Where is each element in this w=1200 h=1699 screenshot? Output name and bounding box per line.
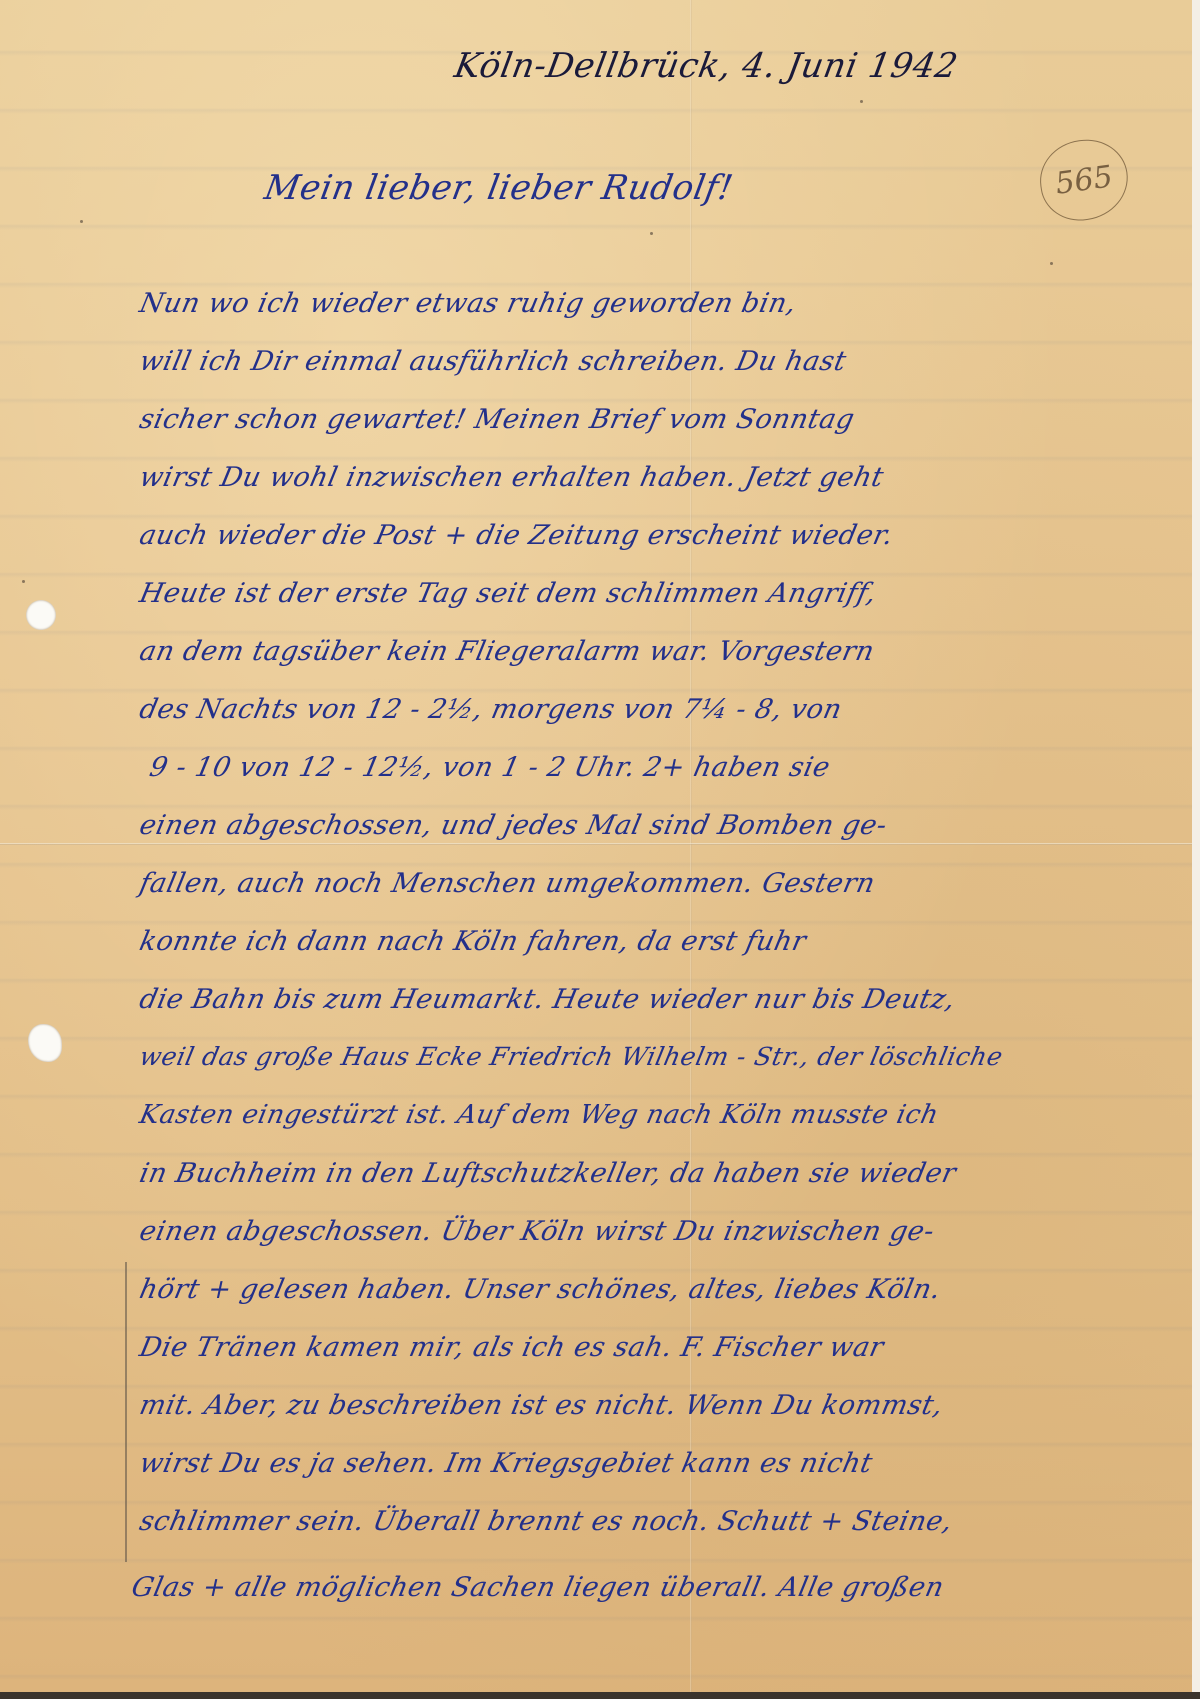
body-line: mit. Aber, zu beschreiben ist es nicht. … <box>137 1390 946 1421</box>
body-line: einen abgeschossen, und jedes Mal sind B… <box>137 810 890 841</box>
body-line: schlimmer sein. Überall brennt es noch. … <box>137 1506 956 1537</box>
scan-edge-bottom <box>0 1692 1200 1699</box>
body-line: Die Tränen kamen mir, als ich es sah. F.… <box>137 1332 887 1363</box>
pencil-margin-line <box>125 1262 127 1562</box>
paper-speck <box>80 220 83 223</box>
body-line: weil das große Haus Ecke Friedrich Wilhe… <box>137 1042 1006 1071</box>
body-line: konnte ich dann nach Köln fahren, da ers… <box>137 926 809 957</box>
horizontal-fold-line <box>0 843 1192 845</box>
body-line: hört + gelesen haben. Unser schönes, alt… <box>137 1274 944 1305</box>
body-line: an dem tagsüber kein Fliegeralarm war. V… <box>137 636 878 667</box>
paper-speck <box>860 100 863 103</box>
archive-number-circle: 565 <box>1035 134 1133 225</box>
scan-edge-right <box>1192 0 1200 1699</box>
body-line: fallen, auch noch Menschen umgekommen. G… <box>137 868 878 899</box>
salutation: Mein lieber, lieber Rudolf! <box>261 168 736 208</box>
paper-speck <box>1050 262 1053 265</box>
body-line: Heute ist der erste Tag seit dem schlimm… <box>137 578 880 609</box>
body-line: will ich Dir einmal ausführlich schreibe… <box>137 346 850 377</box>
body-line: des Nachts von 12 - 2½, morgens von 7¼ -… <box>137 694 845 725</box>
body-line: wirst Du es ja sehen. Im Kriegsgebiet ka… <box>137 1448 876 1479</box>
body-line: die Bahn bis zum Heumarkt. Heute wieder … <box>137 984 959 1015</box>
punch-hole-bottom <box>28 1024 62 1062</box>
body-line: Nun wo ich wieder etwas ruhig geworden b… <box>137 288 800 319</box>
body-line: Kasten eingestürzt ist. Auf dem Weg nach… <box>137 1100 942 1130</box>
archive-number: 565 <box>1053 159 1115 202</box>
body-line: Glas + alle möglichen Sachen liegen über… <box>129 1572 947 1603</box>
paper-speck <box>22 580 25 583</box>
body-line: 9 - 10 von 12 - 12½, von 1 - 2 Uhr. 2+ h… <box>147 752 833 783</box>
bleed-through-texture <box>0 0 1192 1692</box>
body-line: auch wieder die Post + die Zeitung ersch… <box>137 520 896 551</box>
body-line: wirst Du wohl inzwischen erhalten haben.… <box>137 462 887 493</box>
paper-speck <box>650 232 653 235</box>
vertical-fold-line <box>690 0 692 1692</box>
body-line: einen abgeschossen. Über Köln wirst Du i… <box>137 1216 938 1247</box>
body-line: sicher schon gewartet! Meinen Brief vom … <box>137 404 858 435</box>
letter-page: 565 Köln-Dellbrück, 4. Juni 1942 Mein li… <box>0 0 1192 1692</box>
punch-hole-top <box>26 600 56 630</box>
body-line: in Buchheim in den Luftschutzkeller, da … <box>137 1158 959 1189</box>
dateline: Köln-Dellbrück, 4. Juni 1942 <box>451 46 960 86</box>
